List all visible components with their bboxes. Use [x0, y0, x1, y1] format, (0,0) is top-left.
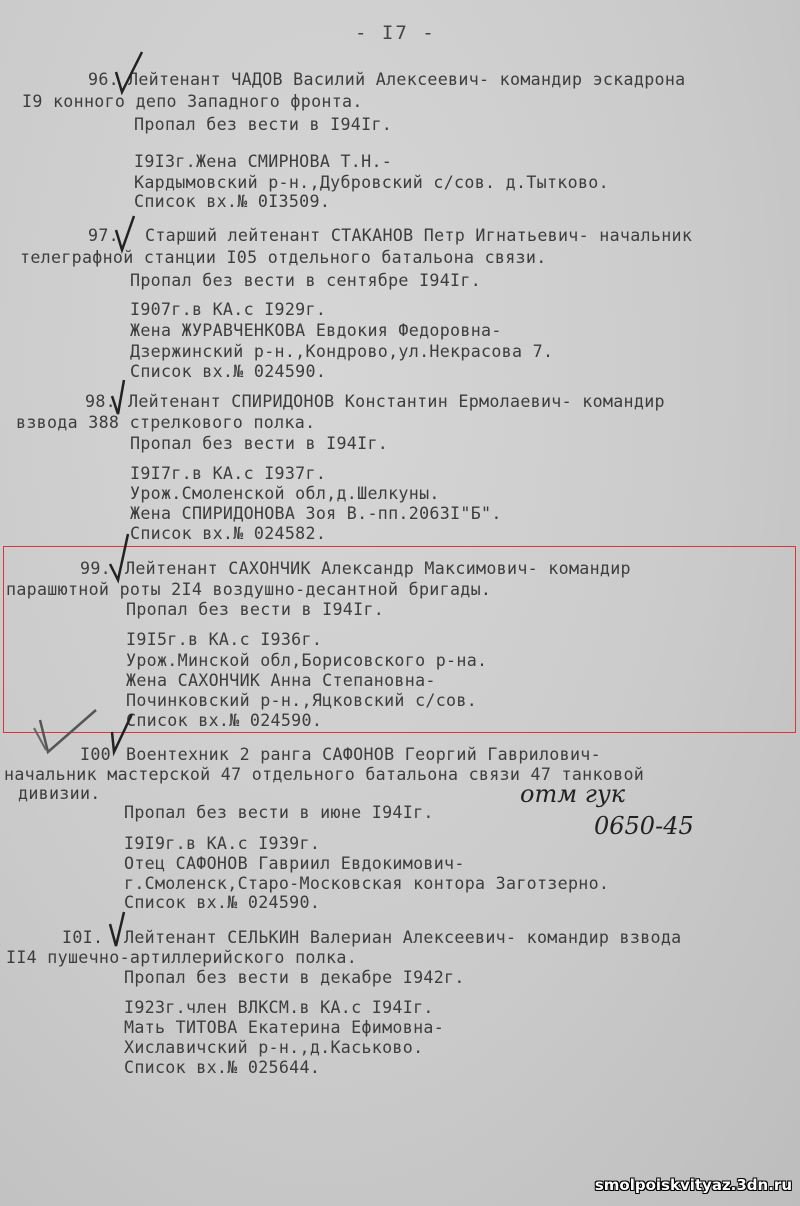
- entry-line: Список вх.№ 024590.: [126, 711, 322, 731]
- entry-line: Урож.Смоленской обл,д.Шелкуны.: [130, 484, 440, 504]
- entry-line: Лейтенант САХОНЧИК Александр Максимович-…: [125, 559, 631, 579]
- checkmark-icon: [110, 378, 150, 422]
- entry-line: Мать ТИТОВА Екатерина Ефимовна-: [124, 1018, 444, 1038]
- entry-line: Жена СПИРИДОНОВА Зоя В.-пп.2063I"Б".: [130, 504, 502, 524]
- checkmark-icon: [112, 50, 152, 99]
- entry-line: дивизии.: [18, 784, 101, 804]
- entry-line: Отец САФОНОВ Гавриил Евдокимович-: [124, 854, 465, 874]
- entry-line: Пропал без вести в I94Iг.: [134, 115, 392, 135]
- entry-line: взвода 388 стрелкового полка.: [16, 413, 315, 433]
- watermark: smolpoiskvityaz.3dn.ru: [595, 1176, 792, 1194]
- entry-line: Пропал без вести в I94Iг.: [126, 600, 384, 620]
- entry-line: телеграфной станции I05 отдельного батал…: [20, 248, 547, 268]
- entry-line: Хиславичский р-н.,д.Каськово.: [124, 1038, 423, 1058]
- entry-line: II4 пушечно-артиллерийского полка.: [6, 948, 357, 968]
- entry-line: Старший лейтенант СТАКАНОВ Петр Игнатьев…: [145, 226, 692, 246]
- document-page: - I7 - 96. Лейтенант ЧАДОВ Василий Алекс…: [0, 0, 800, 1206]
- entry-line: Дзержинский р-н.,Кондрово,ул.Некрасова 7…: [130, 342, 553, 362]
- entry-line: I9I3г.Жена СМИРНОВА Т.Н.-: [134, 152, 392, 172]
- entry-line: I9I5г.в КА.с I936г.: [126, 630, 322, 650]
- entry-line: I9I9г.в КА.с I939г.: [124, 834, 320, 854]
- entry-line: Жена ЖУРАВЧЕНКОВА Евдокия Федоровна-: [130, 321, 502, 341]
- checkmark-icon: [114, 212, 154, 256]
- entry-line: Лейтенант ЧАДОВ Василий Алексеевич- кома…: [128, 70, 686, 90]
- checkmark-icon: [26, 700, 106, 764]
- entry-line: Список вх.№ 024590.: [130, 362, 326, 382]
- entry-line: Список вх.№ 025644.: [124, 1058, 320, 1078]
- entry-line: I923г.член ВЛКСМ.в КА.с I94Iг.: [124, 998, 434, 1018]
- entry-line: I9I7г.в КА.с I937г.: [130, 464, 326, 484]
- checkmark-icon: [108, 910, 148, 954]
- entry-line: Лейтенант СПИРИДОНОВ Константин Ермолаев…: [128, 392, 665, 412]
- entry-line: I907г.в КА.с I929г.: [130, 300, 326, 320]
- entry-line: Жена САХОНЧИК Анна Степановна-: [126, 671, 436, 691]
- entry-line: Пропал без вести в декабре I942г.: [124, 968, 465, 988]
- entry-line: Воентехник 2 ранга САФОНОВ Георгий Гаври…: [126, 745, 601, 765]
- entry-line: Пропал без вести в сентябре I94Iг.: [130, 271, 481, 291]
- entry-line: Урож.Минской обл,Борисовского р-на.: [126, 651, 487, 671]
- entry-number: 99.: [80, 559, 111, 579]
- checkmark-icon: [108, 532, 148, 586]
- entry-line: Список вх.№ 024582.: [130, 524, 326, 544]
- checkmark-icon: [108, 712, 148, 766]
- handwritten-note-line2: 0650-45: [594, 812, 694, 840]
- entry-line: г.Смоленск,Старо-Московская контора Заго…: [124, 874, 609, 894]
- handwritten-note-line1: отм гук: [520, 780, 625, 808]
- entry-line: Пропал без вести в июне I94Iг.: [124, 803, 434, 823]
- entry-line: Починковский р-н.,Яцковский с/сов.: [126, 691, 477, 711]
- entry-number: I0I.: [62, 928, 103, 948]
- entry-line: I9 конного депо Западного фронта.: [22, 92, 363, 112]
- entry-line: Кардымовский р-н.,Дубровский с/сов. д.Ты…: [134, 173, 609, 193]
- entry-line: Список вх.№ 024590.: [124, 893, 320, 913]
- entry-line: Пропал без вести в I94Iг.: [130, 434, 388, 454]
- entry-line: Список вх.№ 0I3509.: [134, 192, 330, 212]
- page-number: - I7 -: [355, 22, 436, 44]
- entry-line: Лейтенант СЕЛЬКИН Валериан Алексеевич- к…: [124, 928, 682, 948]
- entry-line: парашютной роты 2I4 воздушно-десантной б…: [6, 580, 491, 600]
